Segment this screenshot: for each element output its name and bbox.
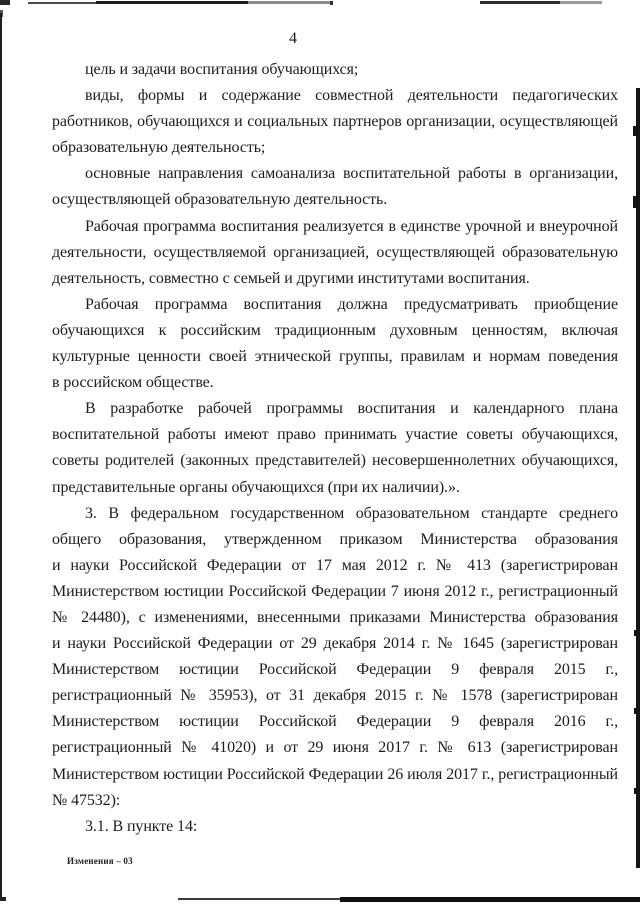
text-line: работников, обучающихся и социальных пар… — [52, 109, 618, 135]
scan-artifact-bottom-left-corner — [0, 897, 6, 901]
text-line: Министерством юстиции Российской Федерац… — [52, 709, 618, 735]
scan-artifact-left-edge — [0, 13, 2, 898]
scan-artifact-top-left-corner — [0, 0, 10, 5]
text-line: деятельности, осуществляемой организацие… — [52, 240, 618, 266]
scan-artifact-right-notch — [633, 126, 636, 136]
text-line: Рабочая программа воспитания должна пред… — [52, 292, 618, 318]
text-line: воспитательной работы имеют право приним… — [52, 422, 618, 448]
text-line: Министерством юстиции Российской Федерац… — [52, 579, 618, 605]
text-line: общего образования, утвержденном приказо… — [52, 527, 618, 553]
text-line: образовательную деятельность; — [52, 135, 618, 161]
scan-artifact-top-left-mark — [0, 10, 3, 17]
text-line: советы родителей (законных представителе… — [52, 448, 618, 474]
scan-artifact-right-edge — [636, 88, 640, 868]
text-line: культурные ценности своей этнической гру… — [52, 344, 618, 370]
text-line: 3.1. В пункте 14: — [52, 814, 618, 840]
scan-artifact-top-edge — [96, 1, 248, 4]
text-line: и науки Российской Федерации от 17 мая 2… — [52, 553, 618, 579]
text-line: регистрационный № 41020) и от 29 июня 20… — [52, 735, 618, 761]
page-number: 4 — [289, 30, 297, 48]
scan-artifact-bottom-edge — [340, 897, 640, 902]
text-line: № 24480), с изменениями, внесенными прик… — [52, 605, 618, 631]
text-line: представительные органы обучающихся (при… — [52, 475, 618, 501]
scan-artifact-right-notch — [634, 630, 636, 636]
text-line: обучающихся к российским традиционным ду… — [52, 318, 618, 344]
text-line: Министерством юстиции Российской Федерац… — [52, 762, 618, 788]
text-line: основные направления самоанализа воспита… — [52, 161, 618, 187]
scan-artifact-top-edge — [560, 1, 602, 4]
scan-artifact-bottom-edge — [178, 898, 343, 900]
text-line: виды, формы и содержание совместной деят… — [52, 83, 618, 109]
text-line: В разработке рабочей программы воспитани… — [52, 396, 618, 422]
text-line: Министерством юстиции Российской Федерац… — [52, 657, 618, 683]
scan-artifact-top-edge — [248, 1, 330, 4]
text-line: цель и задачи воспитания обучающихся; — [52, 57, 618, 83]
text-line: осуществляющей образовательную деятельно… — [52, 187, 618, 213]
scan-artifact-top-edge — [480, 1, 560, 4]
scan-artifact-right-notch — [634, 788, 636, 794]
text-line: № 47532): — [52, 788, 618, 814]
scan-artifact-top-edge — [28, 2, 96, 4]
scan-artifact-right-notch — [633, 196, 636, 208]
text-line: и науки Российской Федерации от 29 декаб… — [52, 631, 618, 657]
text-line: деятельность, совместно с семьей и други… — [52, 266, 618, 292]
text-line: 3. В федеральном государственном образов… — [52, 501, 618, 527]
document-page: 4 цель и задачи воспитания обучающихся;в… — [0, 0, 640, 905]
text-line: Рабочая программа воспитания реализуется… — [52, 214, 618, 240]
document-body: цель и задачи воспитания обучающихся;вид… — [52, 57, 618, 840]
scan-artifact-right-notch — [634, 708, 636, 714]
footer-revision-label: Изменения – 03 — [67, 856, 133, 866]
scan-artifact-top-edge — [330, 1, 333, 5]
text-line: регистрационный № 35953), от 31 декабря … — [52, 683, 618, 709]
text-line: в российском обществе. — [52, 370, 618, 396]
